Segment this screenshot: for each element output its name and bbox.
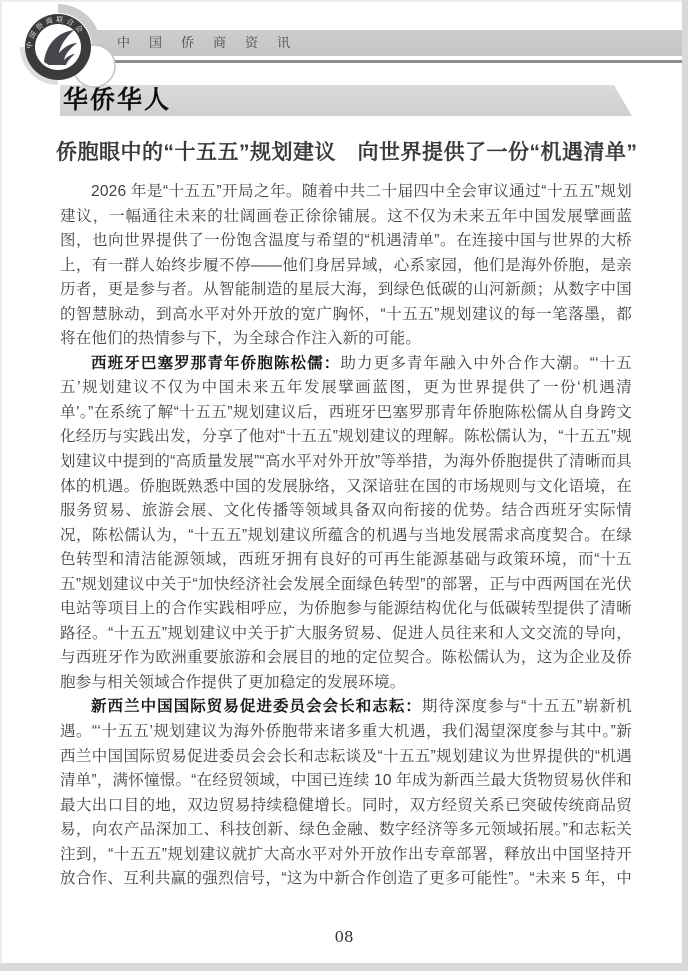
page-number: 08 [0, 928, 688, 946]
paragraph-lead: 西班牙巴塞罗那青年侨胞陈松儒： [91, 355, 340, 372]
paragraph-intro: 2026 年是“十五五”开局之年。随着中共二十届四中全会审议通过“十五五”规划建… [60, 180, 632, 352]
federation-emblem-icon: 中国侨商联合会 [12, 0, 128, 106]
article-body: 2026 年是“十五五”开局之年。随着中共二十届四中全会审议通过“十五五”规划建… [60, 180, 632, 892]
paragraph-spain: 西班牙巴塞罗那青年侨胞陈松儒：助力更多青年融入中外合作大潮。“‘十五五’规划建议… [60, 352, 632, 696]
page-shadow-right [682, 0, 688, 971]
masthead-band: 中国侨商资讯 [93, 30, 682, 56]
page-edge-left [0, 0, 2, 971]
paragraph-text: 2026 年是“十五五”开局之年。随着中共二十届四中全会审议通过“十五五”规划建… [60, 183, 632, 347]
paragraph-lead: 新西兰中国国际贸易促进委员会会长和志耘： [91, 698, 422, 715]
page-shadow-bottom [0, 963, 688, 971]
section-title: 华侨华人 [60, 85, 632, 115]
paragraph-text: 助力更多青年融入中外合作大潮。“‘十五五’规划建议不仅为中国未来五年发展擘画蓝图… [60, 355, 632, 691]
masthead-rule [101, 60, 682, 63]
paragraph-text: 期待深度参与“十五五”崭新机遇。“‘十五五’规划建议为海外侨胞带来诸多重大机遇，… [60, 698, 632, 892]
masthead-banner-text: 中国侨商资讯 [93, 30, 682, 56]
section-header-band: 华侨华人 [60, 85, 632, 116]
paragraph-newzealand: 新西兰中国国际贸易促进委员会会长和志耘：期待深度参与“十五五”崭新机遇。“‘十五… [60, 695, 632, 892]
article-title: 侨胞眼中的“十五五”规划建议 向世界提供了一份“机遇清单” [56, 136, 636, 166]
